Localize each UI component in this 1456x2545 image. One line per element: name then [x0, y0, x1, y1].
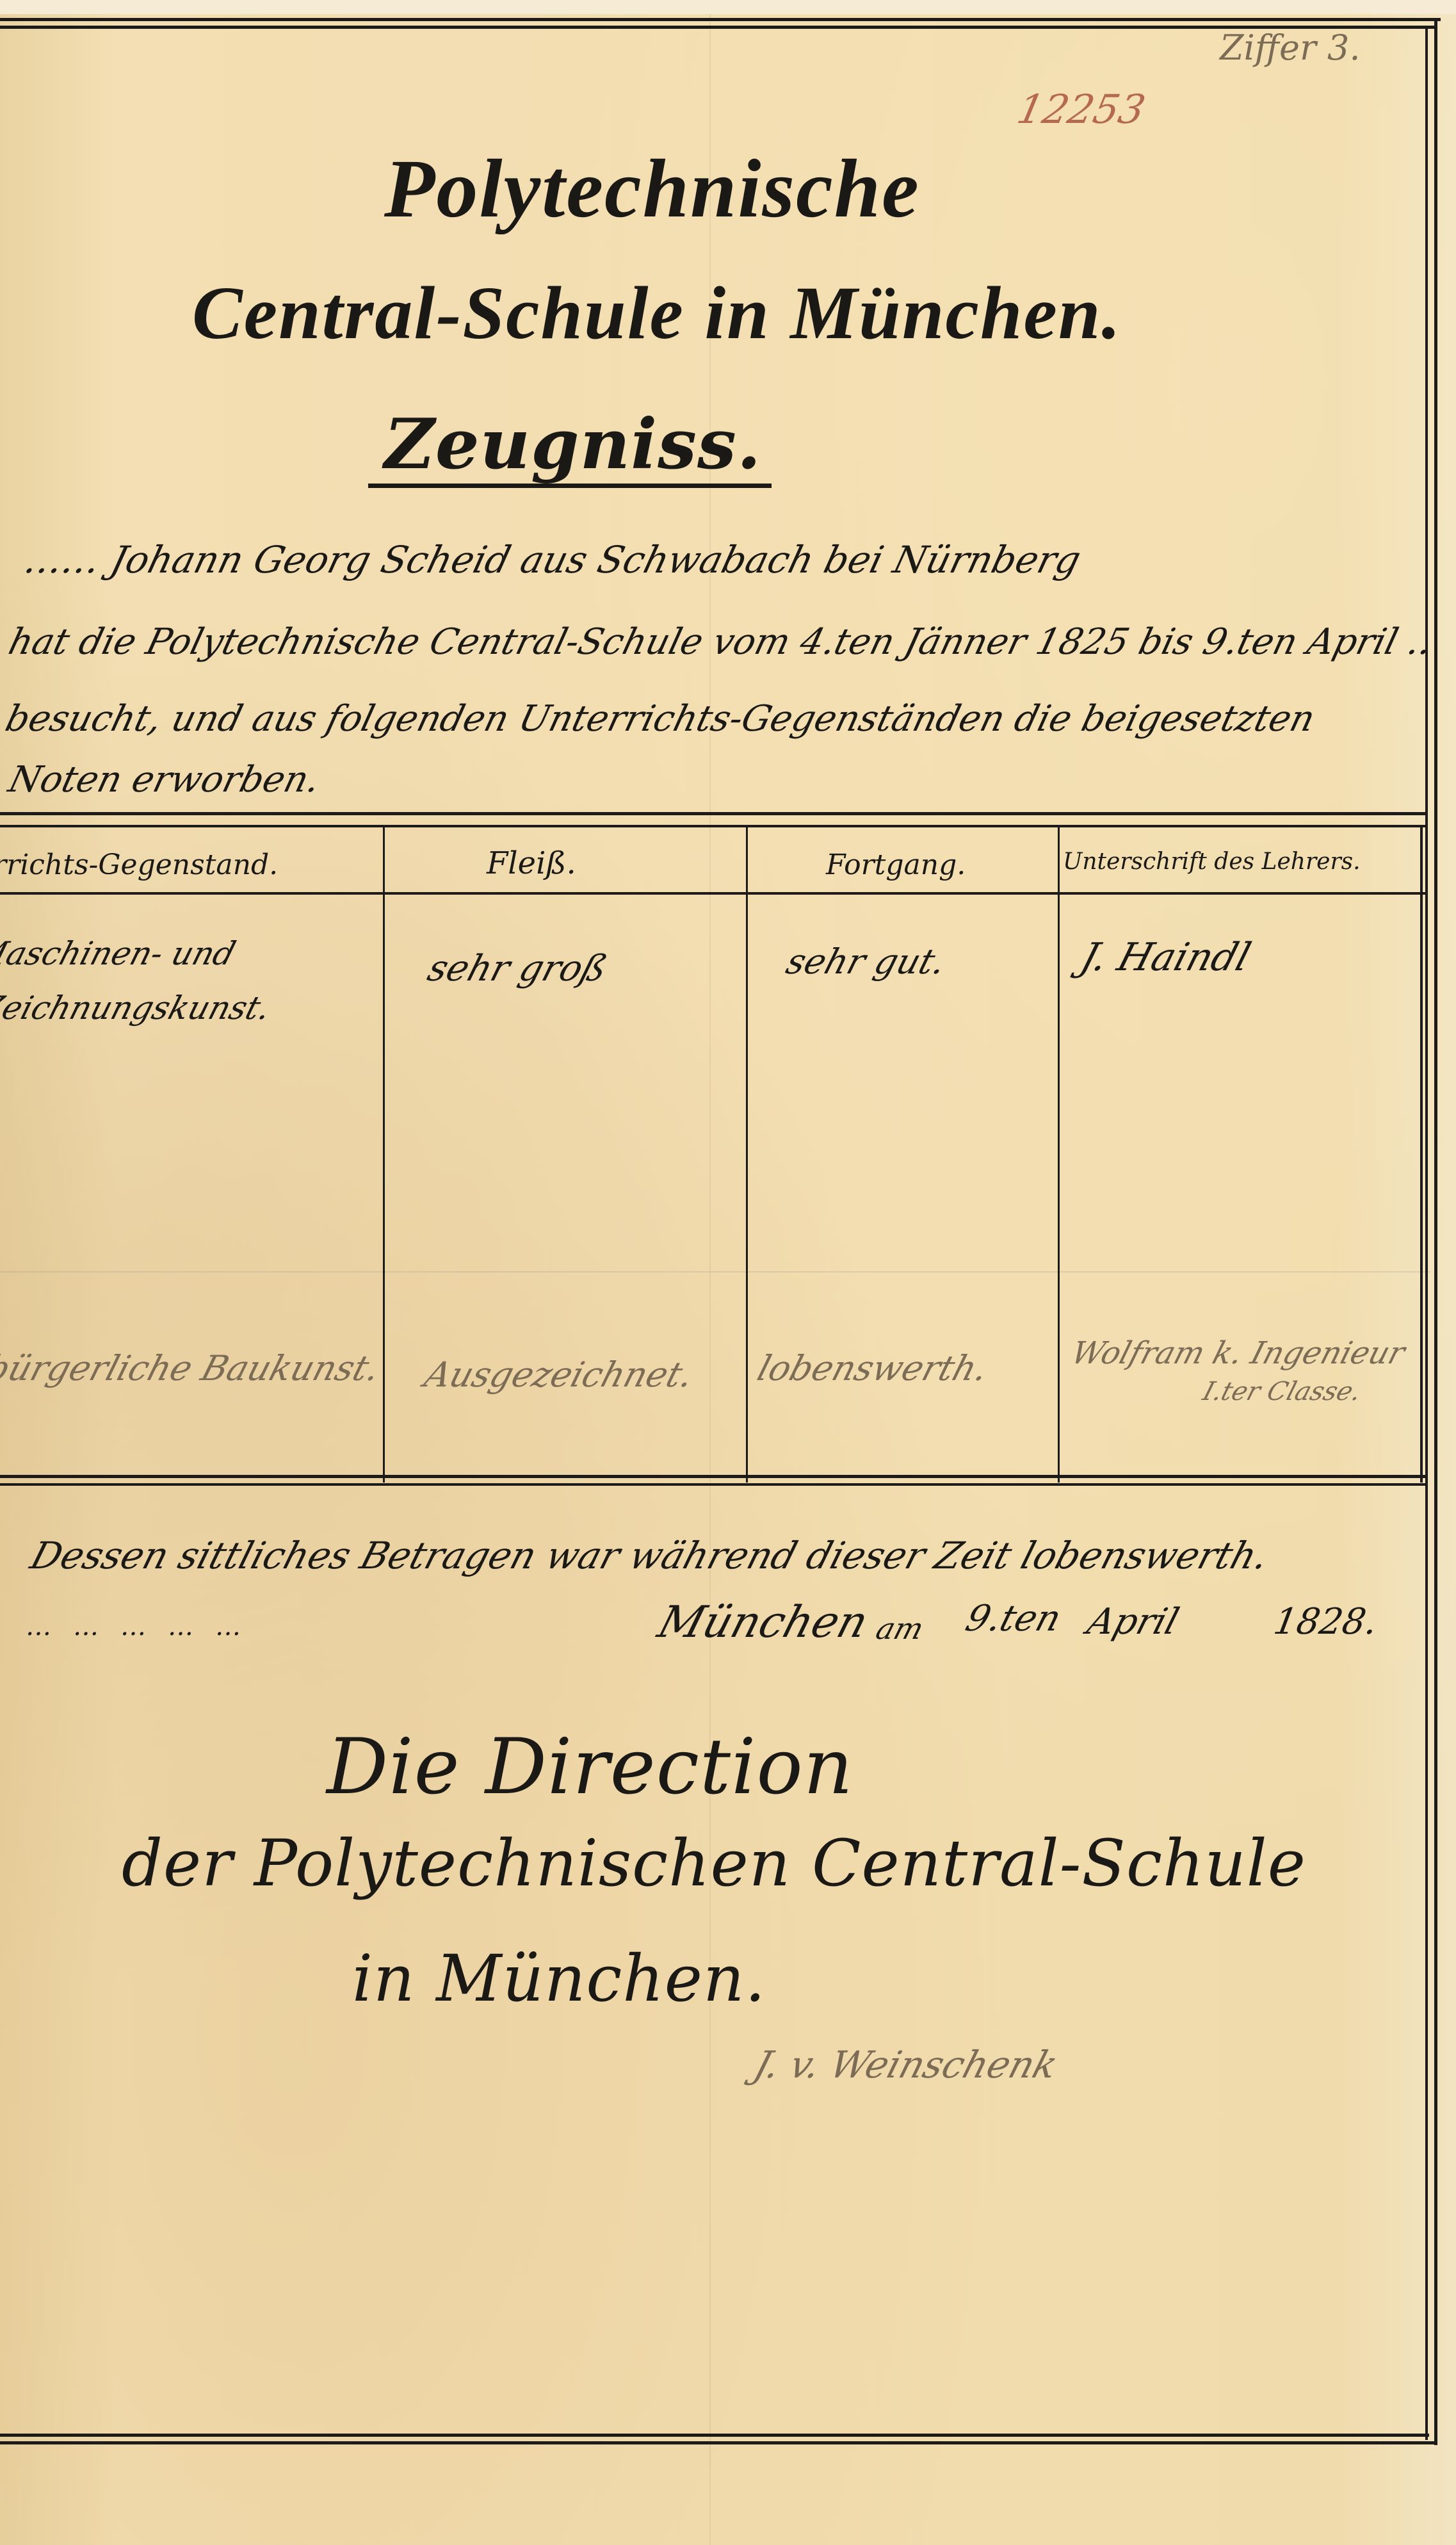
- table-bottom-rule-inner: [0, 1483, 1428, 1486]
- page-top-edge: [0, 0, 1456, 14]
- table-top-rule-inner: [0, 825, 1428, 827]
- title-central-schule: Central-Schule in München.: [192, 275, 1122, 351]
- table-top-rule-outer: [0, 812, 1428, 815]
- table-col-divider-1: [383, 826, 385, 1483]
- row2-teacher-signature-line2: I.ter Classe.: [1199, 1377, 1364, 1406]
- table-col-divider-3: [1058, 826, 1060, 1483]
- paper-background: [0, 0, 1456, 2545]
- place-date-am: am: [873, 1614, 926, 1643]
- row1-teacher-signature: J. Haindl: [1076, 935, 1256, 980]
- table-header-subject: Unterrichts-Gegenstand.: [0, 849, 278, 881]
- heading-underline: [368, 484, 772, 488]
- table-bottom-rule-outer: [0, 1475, 1428, 1478]
- row2-diligence: Ausgezeichnet.: [420, 1354, 698, 1395]
- frame-top-rule-outer: [0, 18, 1441, 21]
- paragraph-line-4: Noten erworben.: [5, 762, 323, 798]
- closing-school-name: der Polytechnischen Central-Schule: [122, 1832, 1306, 1896]
- table-col-divider-2: [746, 826, 748, 1483]
- title-polytechnische: Polytechnische: [384, 147, 920, 231]
- row1-diligence: sehr groß: [423, 948, 612, 989]
- place-date-day: 9.ten: [962, 1601, 1065, 1637]
- table-header-diligence: Fleiß.: [487, 845, 576, 881]
- frame-right-rule-outer: [1434, 18, 1437, 2445]
- row1-subject-line1: Maschinen- und: [0, 935, 239, 972]
- closing-in-muenchen: in München.: [352, 1947, 766, 2011]
- row2-progress: lobenswerth.: [753, 1348, 993, 1388]
- paragraph-line-2: hat die Polytechnische Central-Schule vo…: [5, 624, 1436, 660]
- conduct-statement: Dessen sittliches Betragen war während d…: [27, 1537, 1273, 1574]
- annotation-ziffer: Ziffer 3.: [1220, 31, 1361, 65]
- row2-subject: bürgerliche Baukunst.: [0, 1348, 385, 1388]
- frame-bottom-rule-inner: [0, 2434, 1429, 2437]
- table-header-progress: Fortgang.: [826, 849, 966, 881]
- place-date-city: München: [653, 1601, 873, 1645]
- horizontal-fold-line: [0, 1271, 1430, 1272]
- place-date-year: 1828.: [1271, 1604, 1380, 1640]
- vertical-fold-line: [709, 14, 711, 2545]
- paragraph-line-1: …… Johann Georg Scheid aus Schwabach bei…: [21, 541, 1085, 578]
- table-col-divider-right: [1420, 826, 1423, 1483]
- heading-zeugniss: Zeugniss.: [384, 410, 761, 479]
- paragraph-line-3: besucht, und aus folgenden Unterrichts-G…: [2, 701, 1318, 737]
- frame-right-rule-inner: [1425, 26, 1428, 2440]
- row1-progress: sehr gut.: [782, 941, 951, 982]
- archive-number: 12253: [1014, 90, 1148, 129]
- table-header-teacher-signature: Unterschrift des Lehrers.: [1063, 849, 1361, 875]
- table-header-rule: [0, 892, 1428, 895]
- place-date-month: April: [1083, 1604, 1183, 1640]
- director-signature: J. v. Weinschenk: [750, 2046, 1062, 2083]
- row2-teacher-signature-line1: Wolfram k. Ingenieur: [1067, 1335, 1409, 1371]
- place-date-leader: ……………: [26, 1614, 263, 1639]
- closing-die-direction: Die Direction: [327, 1729, 853, 1806]
- row1-subject-line2: Zeichnungskunst.: [0, 989, 275, 1027]
- frame-bottom-rule-outer: [0, 2441, 1437, 2444]
